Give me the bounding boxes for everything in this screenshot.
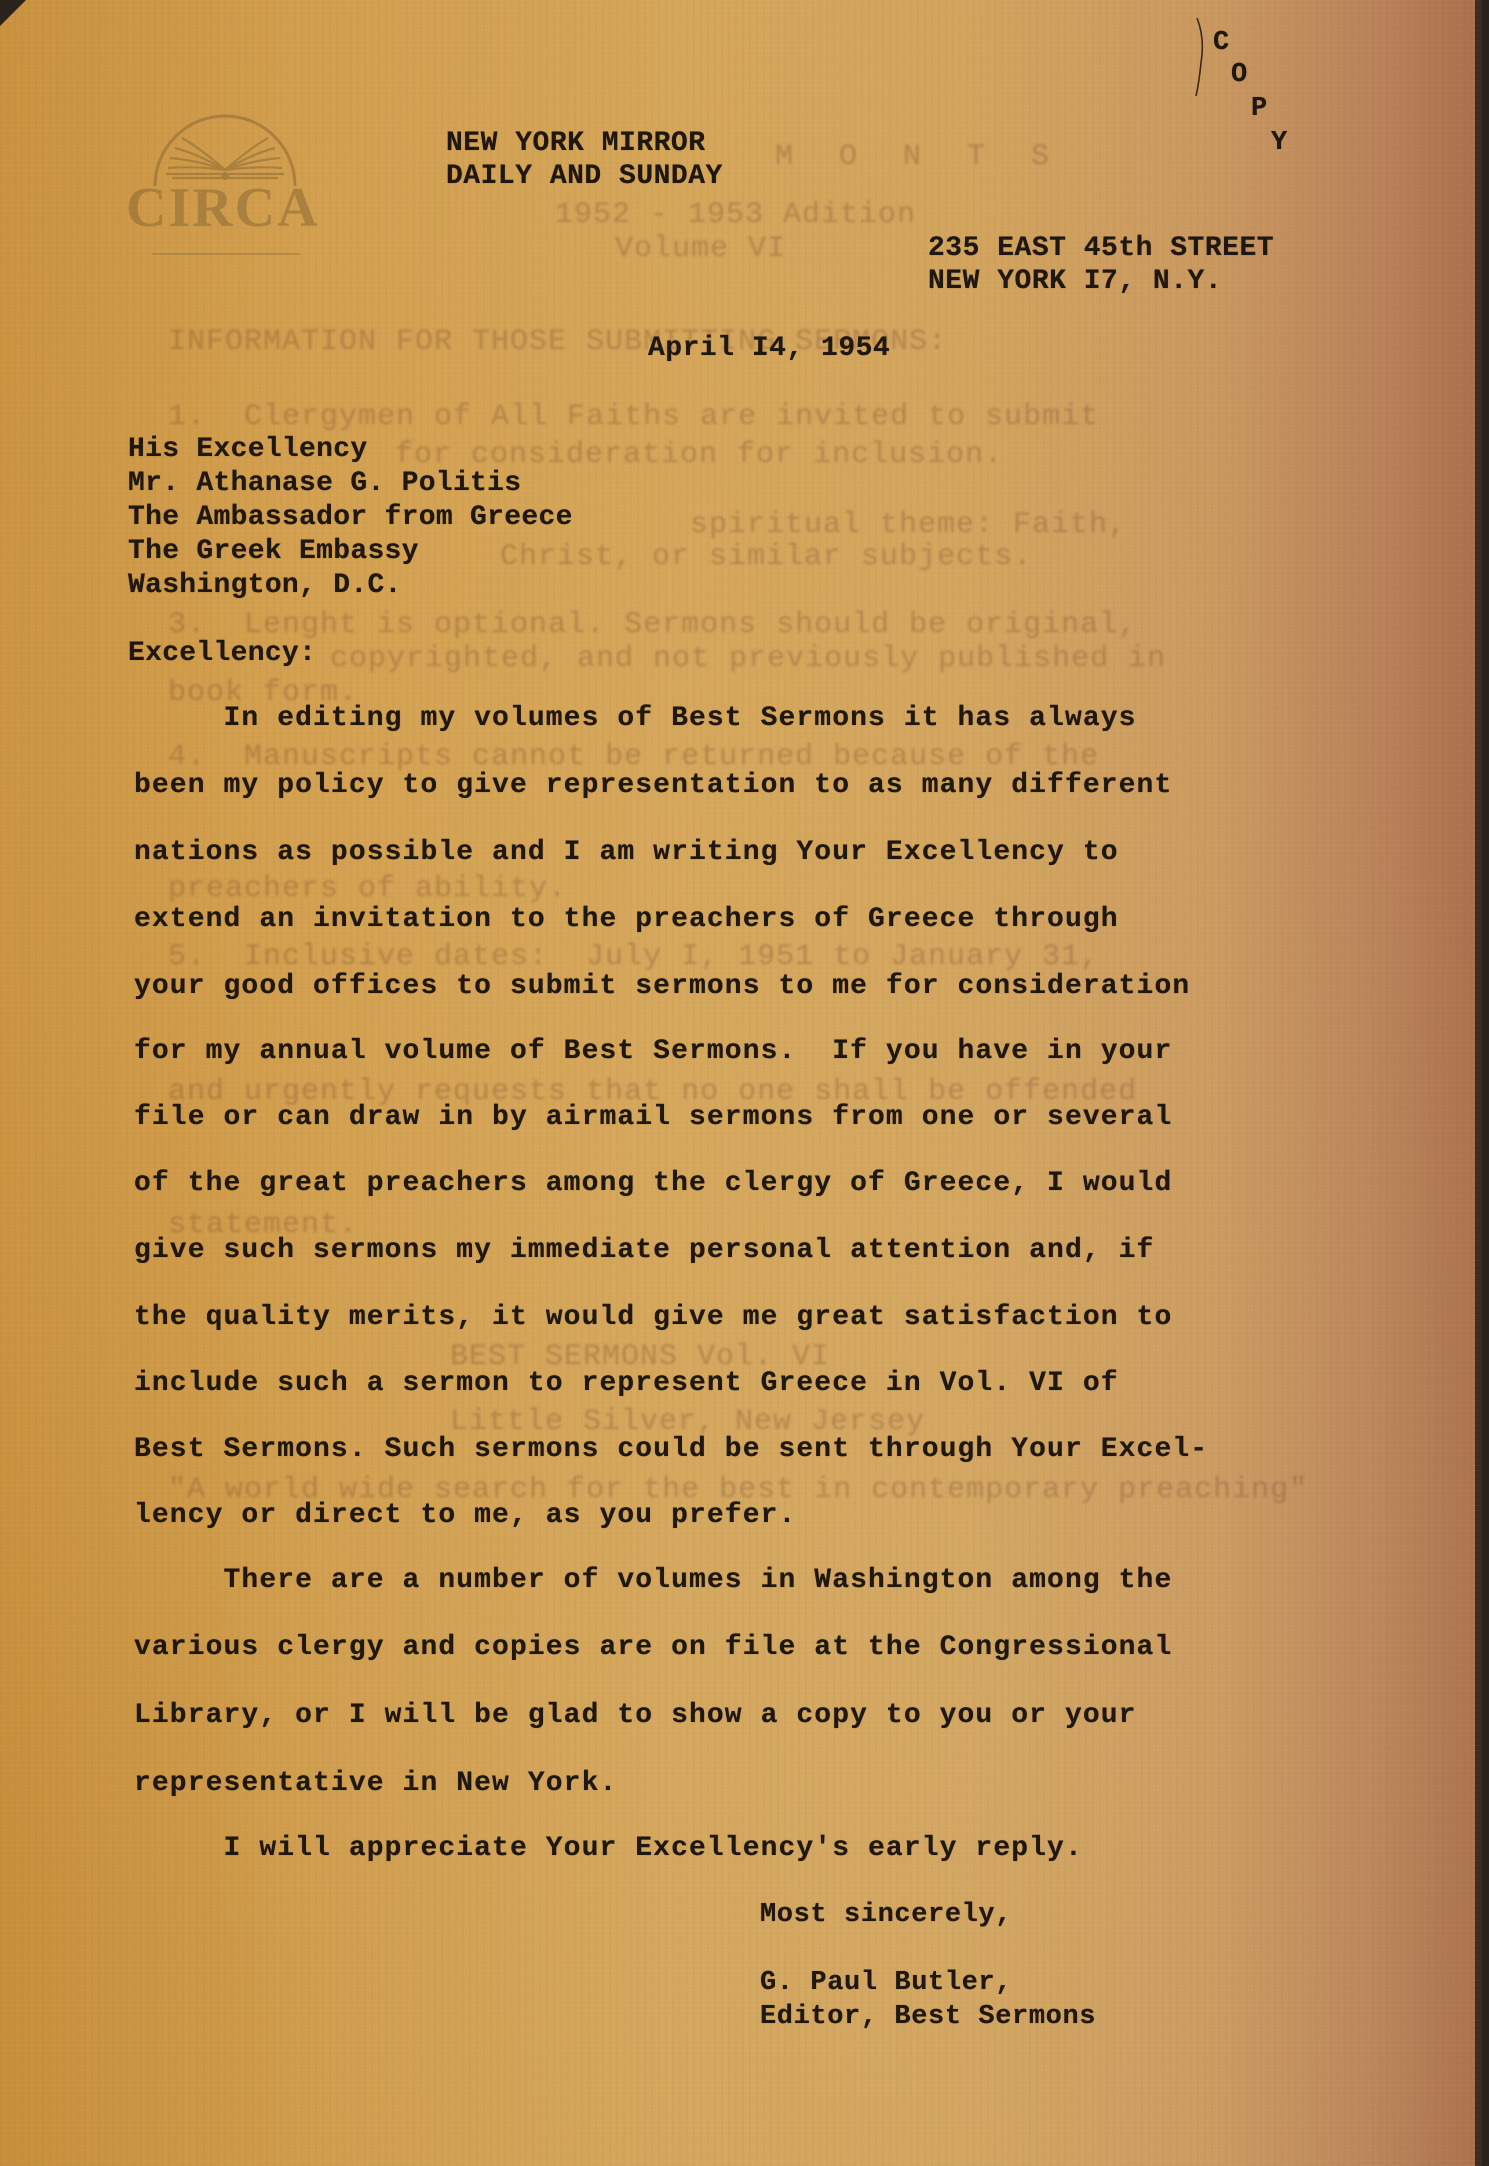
body-line: various clergy and copies are on file at… (134, 1632, 1172, 1663)
body-line: give such sermons my immediate personal … (134, 1235, 1154, 1266)
copy-stamp-letter: O (1231, 60, 1247, 90)
body-line: representative in New York. (134, 1768, 617, 1799)
recipient-line: His Excellency (128, 433, 573, 467)
recipient-line: The Greek Embassy (128, 535, 573, 569)
body-line: extend an invitation to the preachers of… (134, 904, 1119, 935)
body-line: include such a sermon to represent Greec… (134, 1368, 1119, 1399)
address-street: 235 EAST 45th STREET (928, 232, 1274, 265)
address-city: NEW YORK I7, N.Y. (928, 265, 1274, 298)
show-through-line: 1952 - 1953 Adition (555, 198, 916, 232)
show-through-line: preachers of ability. (168, 872, 567, 906)
circa-watermark-logo: CIRCA (120, 108, 330, 283)
letter-page: M O N T S 1952 - 1953 Adition Volume VI … (0, 0, 1482, 2166)
signer-title: Editor, Best Sermons (760, 2002, 1096, 2032)
show-through-line: 4. Manuscripts cannot be returned becaus… (168, 740, 1099, 774)
body-line: There are a number of volumes in Washing… (134, 1565, 1172, 1596)
recipient-line: The Ambassador from Greece (128, 501, 573, 535)
show-through-line: Volume VI (615, 232, 786, 266)
copy-stamp-letter: P (1251, 94, 1267, 124)
pencil-mark (1195, 18, 1211, 98)
recipient-line: Washington, D.C. (128, 569, 573, 603)
show-through-line: 5. Inclusive dates: July I, 1951 to Janu… (168, 940, 1099, 974)
complimentary-close: Most sincerely, (760, 1900, 1012, 1930)
body-line: been my policy to give representation to… (134, 770, 1172, 801)
letterhead-publication: NEW YORK MIRROR (446, 127, 723, 160)
show-through-line: 3. Lenght is optional. Sermons should be… (168, 608, 1137, 642)
body-line: the quality merits, it would give me gre… (134, 1302, 1172, 1333)
copy-stamp-letter: Y (1271, 128, 1287, 158)
body-line: In editing my volumes of Best Sermons it… (134, 703, 1137, 734)
body-line: Library, or I will be glad to show a cop… (134, 1700, 1137, 1731)
body-line: of the great preachers among the clergy … (134, 1168, 1172, 1199)
signer-name: G. Paul Butler, (760, 1968, 1012, 1998)
letterhead-edition: DAILY AND SUNDAY (446, 160, 723, 193)
sender-address: 235 EAST 45th STREETNEW YORK I7, N.Y. (928, 232, 1274, 298)
body-line: I will appreciate Your Excellency's earl… (134, 1833, 1083, 1864)
body-line: lency or direct to me, as you prefer. (134, 1500, 796, 1531)
recipient-block: His ExcellencyMr. Athanase G. PolitisThe… (128, 433, 573, 603)
salutation: Excellency: (128, 638, 316, 669)
letter-date: April I4, 1954 (648, 333, 890, 364)
show-through-line: 1. Clergymen of All Faiths are invited t… (168, 400, 1099, 434)
body-line: Best Sermons. Such sermons could be sent… (134, 1434, 1208, 1465)
body-line: file or can draw in by airmail sermons f… (134, 1102, 1172, 1133)
show-through-line: Christ, or similar subjects. (500, 540, 1032, 574)
show-through-line: M O N T S (775, 140, 1063, 174)
body-line: your good offices to submit sermons to m… (134, 971, 1190, 1002)
body-line: for my annual volume of Best Sermons. If… (134, 1036, 1172, 1067)
logo-divider (152, 253, 300, 255)
body-line: nations as possible and I am writing You… (134, 837, 1119, 868)
circa-logo-text: CIRCA (126, 176, 320, 240)
show-through-line: spiritual theme: Faith, (690, 508, 1127, 542)
page-corner-shadow (0, 0, 26, 26)
letterhead: NEW YORK MIRRORDAILY AND SUNDAY (446, 127, 723, 193)
recipient-line: Mr. Athanase G. Politis (128, 467, 573, 501)
page-right-edge (1475, 0, 1482, 2166)
show-through-line: copyrighted, and not previously publishe… (330, 642, 1166, 676)
copy-stamp-letter: C (1213, 28, 1229, 58)
